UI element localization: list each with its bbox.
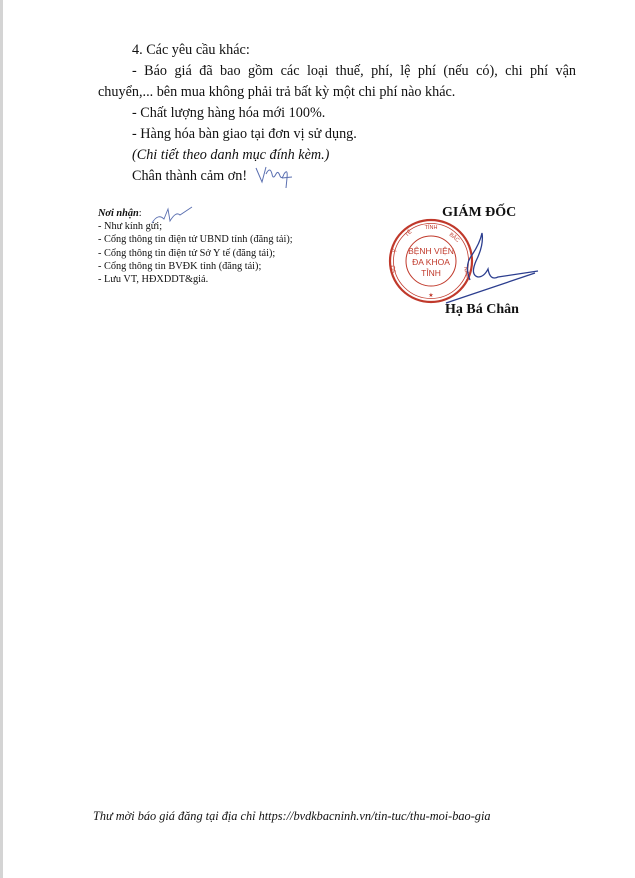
recipient-item: - Cổng thông tin điện tử UBND tỉnh (đăng… [98, 233, 293, 246]
director-signature-icon [440, 225, 540, 305]
recipients-title-colon: : [139, 208, 142, 219]
svg-text:★: ★ [428, 292, 433, 299]
details-note: (Chi tiết theo danh mục đính kèm.) [132, 147, 329, 164]
paragraph-line-2: chuyển,... bên mua không phải trả bất kỳ… [98, 84, 455, 101]
recipients-title: Nơi nhận [98, 208, 139, 219]
recipient-item: - Lưu VT, HĐXDDT&giá. [98, 273, 293, 286]
svg-text:TỈNH: TỈNH [421, 267, 441, 278]
recipient-item: - Cổng thông tin BVĐK tỉnh (đăng tải); [98, 260, 293, 273]
svg-text:TỈNH: TỈNH [425, 224, 438, 231]
page-left-edge [0, 0, 3, 878]
paragraph-line-1: - Báo giá đã bao gồm các loại thuế, phí,… [132, 63, 576, 80]
signer-name: Hạ Bá Chân [445, 302, 519, 318]
section-heading: 4. Các yêu cầu khác: [132, 42, 250, 59]
recipient-item: - Như kính gửi; [98, 220, 293, 233]
footer-notice: Thư mời báo giá đăng tại địa chỉ https:/… [93, 809, 491, 824]
initials-signature-icon [254, 164, 294, 190]
quality-line: - Chất lượng hàng hóa mới 100%. [132, 105, 325, 122]
delivery-line: - Hàng hóa bàn giao tại đơn vị sử dụng. [132, 126, 357, 143]
recipient-initials-icon [150, 205, 195, 227]
recipients-title-row: Nơi nhận: [98, 207, 293, 220]
thanks-line: Chân thành cảm ơn! [132, 168, 247, 185]
recipients-block: Nơi nhận: - Như kính gửi; - Cổng thông t… [98, 207, 293, 286]
recipient-item: - Cổng thông tin điện tử Sở Y tế (đăng t… [98, 247, 293, 260]
